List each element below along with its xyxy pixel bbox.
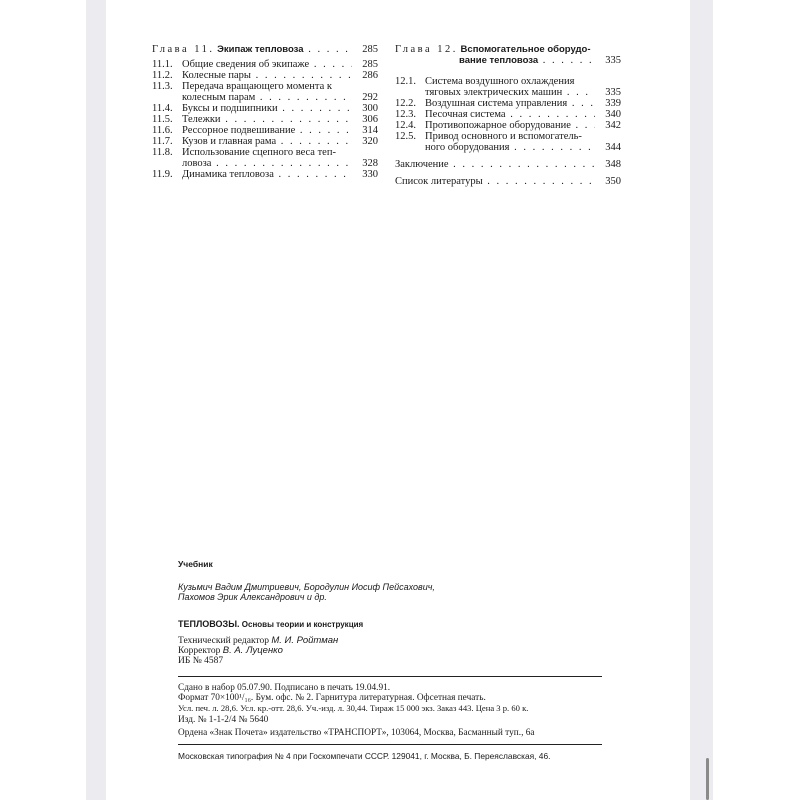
authors: Кузьмич Вадим Дмитриевич, Бородулин Иоси… bbox=[178, 582, 608, 602]
section-title: Тележки bbox=[182, 114, 352, 125]
page-number: 320 bbox=[352, 136, 378, 147]
section-title: Список литературы bbox=[395, 176, 595, 187]
print-details: Сдано в набор 05.07.90. Подписано в печа… bbox=[178, 683, 608, 738]
toc-conclusion: Заключение348 bbox=[395, 159, 621, 170]
section-number: 12.5. bbox=[395, 131, 425, 142]
book-title-line: ТЕПЛОВОЗЫ. Основы теории и конструкция bbox=[178, 619, 608, 630]
section-number: 11.1. bbox=[152, 59, 182, 70]
section-title: Динамика тепловоза bbox=[182, 169, 352, 180]
toc-item-continuation: ного оборудования344 bbox=[395, 142, 621, 153]
page-number: 285 bbox=[352, 44, 378, 55]
toc-item: 11.8.Использование сцепного веса теп- bbox=[152, 147, 378, 158]
section-number: 12.2. bbox=[395, 98, 425, 109]
viewer-gutter-left bbox=[86, 0, 106, 800]
section-number: 11.8. bbox=[152, 147, 182, 158]
page-number: 285 bbox=[352, 59, 378, 70]
page-number: 335 bbox=[595, 55, 621, 66]
book-type: Учебник bbox=[178, 559, 608, 569]
page-number: 300 bbox=[352, 103, 378, 114]
book-title: ТЕПЛОВОЗЫ. bbox=[178, 619, 240, 629]
edition-number: Изд. № 1-1-2/4 № 5640 bbox=[178, 715, 608, 725]
toc-item: 12.3.Песочная система340 bbox=[395, 109, 621, 120]
printer: Московская типография № 4 при Госкомпеча… bbox=[178, 751, 608, 761]
toc-column-left: Глава 11. Экипаж тепловоза 285 11.1.Общи… bbox=[152, 44, 378, 180]
section-title: Колесные пары bbox=[182, 70, 352, 81]
toc-chapter-12-continuation: вание тепловоза 335 bbox=[395, 55, 621, 66]
page-number: 292 bbox=[352, 92, 378, 103]
toc-column-right: Глава 12. Вспомогательное оборудо- вание… bbox=[395, 44, 621, 187]
page-number: 306 bbox=[352, 114, 378, 125]
chapter-label: Глава 12. bbox=[395, 44, 458, 55]
section-title: Заключение bbox=[395, 159, 595, 170]
section-title: ловоза bbox=[182, 158, 352, 169]
section-title: Привод основного и вспомогатель- bbox=[425, 131, 595, 142]
chapter-title: Экипаж тепловоза bbox=[217, 44, 303, 55]
toc-item-continuation: колесным парам292 bbox=[152, 92, 378, 103]
toc-item-continuation: ловоза328 bbox=[152, 158, 378, 169]
section-number: 11.9. bbox=[152, 169, 182, 180]
divider bbox=[178, 744, 602, 745]
section-number: 11.7. bbox=[152, 136, 182, 147]
section-title: Противопожарное оборудование bbox=[425, 120, 595, 131]
page-number: 348 bbox=[595, 159, 621, 170]
page-number: 339 bbox=[595, 98, 621, 109]
ib-number: ИБ № 4587 bbox=[178, 656, 608, 666]
print-format: Формат 70×100¹/₁₆. Бум. офс. № 2. Гарнит… bbox=[178, 693, 608, 703]
toc-item: 12.5.Привод основного и вспомогатель- bbox=[395, 131, 621, 142]
toc-item: 11.2.Колесные пары286 bbox=[152, 70, 378, 81]
toc-chapter-12: Глава 12. Вспомогательное оборудо- bbox=[395, 44, 621, 55]
scrollbar-thumb[interactable] bbox=[706, 758, 709, 800]
section-number: 11.4. bbox=[152, 103, 182, 114]
chapter-title: Вспомогательное оборудо- bbox=[461, 44, 591, 55]
section-title: Буксы и подшипники bbox=[182, 103, 352, 114]
section-number: 11.6. bbox=[152, 125, 182, 136]
page-number: 342 bbox=[595, 120, 621, 131]
toc-item: 11.3.Передача вращающего момента к bbox=[152, 81, 378, 92]
toc-item: 11.5.Тележки306 bbox=[152, 114, 378, 125]
section-title: Общие сведения об экипаже bbox=[182, 59, 352, 70]
page-number: 340 bbox=[595, 109, 621, 120]
section-number: 12.3. bbox=[395, 109, 425, 120]
section-number: 11.2. bbox=[152, 70, 182, 81]
page-number: 335 bbox=[595, 87, 621, 98]
toc-item: 11.7.Кузов и главная рама320 bbox=[152, 136, 378, 147]
section-title: Использование сцепного веса теп- bbox=[182, 147, 352, 158]
page-number: 350 bbox=[595, 176, 621, 187]
toc-item: 11.6.Рессорное подвешивание314 bbox=[152, 125, 378, 136]
authors-line-1: Кузьмич Вадим Дмитриевич, Бородулин Иоси… bbox=[178, 582, 608, 592]
toc-chapter-11: Глава 11. Экипаж тепловоза 285 bbox=[152, 44, 378, 55]
section-title: Воздушная система управления bbox=[425, 98, 595, 109]
section-title: Кузов и главная рама bbox=[182, 136, 352, 147]
chapter-title: вание тепловоза bbox=[459, 55, 538, 66]
divider bbox=[178, 676, 602, 677]
print-volume: Усл. печ. л. 28,6. Усл. кр.-отт. 28,6. У… bbox=[178, 703, 608, 713]
section-title: Песочная система bbox=[425, 109, 595, 120]
page-number: 344 bbox=[595, 142, 621, 153]
toc-item-continuation: тяговых электрических машин335 bbox=[395, 87, 621, 98]
section-title: Передача вращающего момента к bbox=[182, 81, 352, 92]
corrector-label: Корректор bbox=[178, 646, 220, 656]
page-number: 286 bbox=[352, 70, 378, 81]
section-title: Система воздушного охлаждения bbox=[425, 76, 595, 87]
toc-item: 12.4.Противопожарное оборудование342 bbox=[395, 120, 621, 131]
toc-item: 12.1.Система воздушного охлаждения bbox=[395, 76, 621, 87]
print-dates: Сдано в набор 05.07.90. Подписано в печа… bbox=[178, 683, 608, 693]
section-title: Рессорное подвешивание bbox=[182, 125, 352, 136]
publisher: Ордена «Знак Почета» издательство «ТРАНС… bbox=[178, 728, 608, 738]
section-title: ного оборудования bbox=[425, 142, 595, 153]
staff-credits: Технический редактор М. И. Ройтман Корре… bbox=[178, 636, 608, 666]
viewer-gutter-right bbox=[690, 0, 713, 800]
toc-item: 11.4.Буксы и подшипники300 bbox=[152, 103, 378, 114]
page-number: 328 bbox=[352, 158, 378, 169]
section-number: 12.1. bbox=[395, 76, 425, 87]
page-number: 314 bbox=[352, 125, 378, 136]
section-number: 11.5. bbox=[152, 114, 182, 125]
section-title: тяговых электрических машин bbox=[425, 87, 595, 98]
chapter-label: Глава 11. bbox=[152, 44, 215, 55]
corrector-name: В. А. Луценко bbox=[223, 645, 283, 656]
toc-item: 11.1.Общие сведения об экипаже285 bbox=[152, 59, 378, 70]
toc-item: 12.2.Воздушная система управления339 bbox=[395, 98, 621, 109]
toc-bibliography: Список литературы350 bbox=[395, 176, 621, 187]
section-number: 11.3. bbox=[152, 81, 182, 92]
toc-item: 11.9.Динамика тепловоза330 bbox=[152, 169, 378, 180]
authors-line-2: Пахомов Эрик Александрович и др. bbox=[178, 592, 608, 602]
page-number: 330 bbox=[352, 169, 378, 180]
book-subtitle: Основы теории и конструкция bbox=[242, 620, 363, 629]
section-title: колесным парам bbox=[182, 92, 352, 103]
section-number: 12.4. bbox=[395, 120, 425, 131]
